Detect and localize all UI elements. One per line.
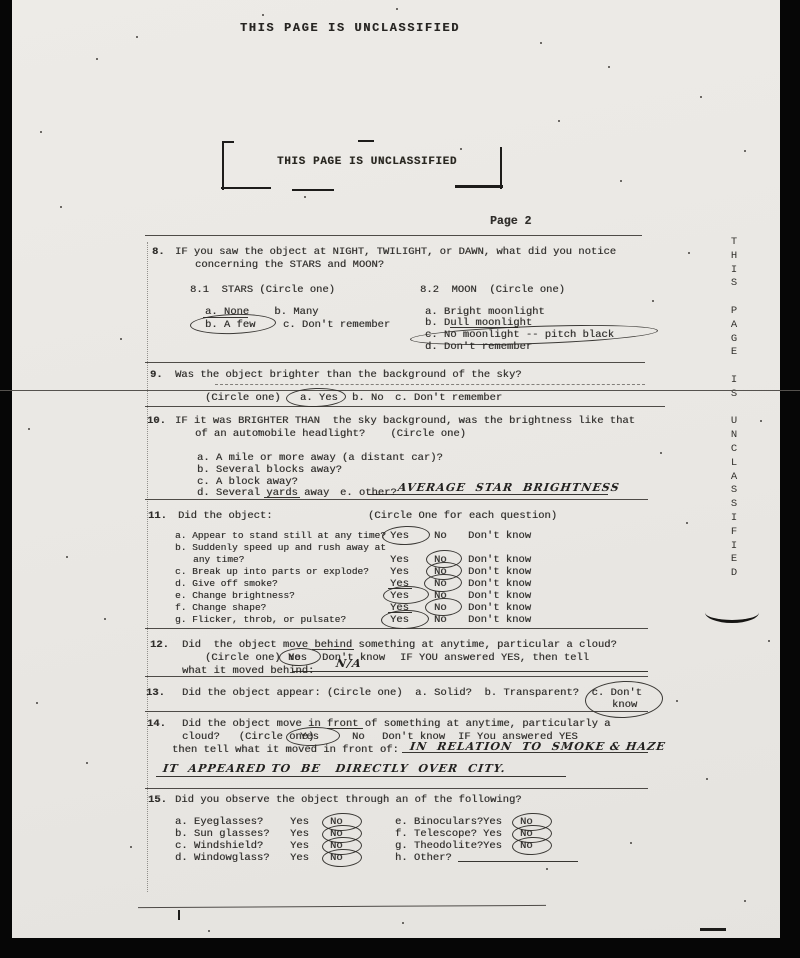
unclassified-stamp-text: THIS PAGE IS UNCLASSIFIED	[277, 156, 457, 168]
circle-annotation-q8-stars	[190, 313, 277, 336]
q11-row-b-yes: Yes	[390, 554, 409, 566]
underline-q12-answer	[293, 671, 648, 672]
stamp-bracket-bottom-left	[221, 187, 271, 189]
circle-annotation-q9-yes	[286, 387, 347, 408]
q8-stars-row2-rest: c. Don't remember	[283, 319, 390, 331]
divider-q8-q9	[145, 362, 645, 363]
divider-q11-q12	[145, 628, 648, 629]
margin-vertical-unclassified-text: T H I S P A G E I S U N C L A S S I F I …	[727, 236, 741, 581]
q12-line1: Did the object move behind something at …	[182, 639, 617, 651]
q12-number: 12.	[150, 639, 169, 651]
circle-annotation-q15-d	[322, 848, 363, 867]
q15-row-h-label: h. Other?	[395, 852, 452, 864]
q15-row-c-label: c. Windshield?	[175, 840, 263, 852]
q11-row-b-dont-know: Don't know	[454, 554, 531, 566]
scan-edge-bottom	[0, 938, 800, 958]
q13-number: 13.	[146, 687, 165, 699]
scan-edge-right	[780, 0, 800, 958]
q15-row-b-yes: Yes	[290, 828, 309, 840]
margin-bracket-curve	[705, 602, 759, 623]
q10-option-a: a. A mile or more away (a distant car)?	[197, 452, 443, 464]
page-number: Page 2	[490, 216, 531, 228]
divider-q9-box-top	[215, 384, 645, 385]
scanned-document-page: THIS PAGE IS UNCLASSIFIED THIS PAGE IS U…	[0, 0, 800, 958]
q11-row-b-label2: any time?	[193, 554, 244, 566]
q12-line2-rest: IF YOU answered YES, then tell	[400, 652, 589, 664]
q9-circle-one-label: (Circle one)	[205, 392, 281, 404]
q11-row-c-dont-know: Don't know	[454, 566, 531, 578]
stamp-bracket-left	[222, 142, 224, 190]
circle-annotation-q15-g	[512, 836, 553, 855]
q11-number: 11.	[148, 510, 167, 522]
q11-text: Did the object:	[178, 510, 273, 522]
underline-q15-other	[458, 861, 578, 862]
unclassified-header-top: THIS PAGE IS UNCLASSIFIED	[240, 22, 460, 34]
underline-q10-answer	[368, 494, 608, 495]
q15-row-a-yes: Yes	[290, 816, 309, 828]
q14-number: 14.	[147, 718, 166, 730]
underline-q10-yards	[264, 497, 300, 498]
q10-option-b: b. Several blocks away?	[197, 464, 342, 476]
q15-row-e-label: e. Binoculars?	[395, 816, 483, 828]
q11-row-g-dont-know: Don't know	[454, 614, 531, 626]
scan-edge-left	[0, 0, 12, 958]
stamp-bracket-top-dash	[358, 140, 374, 142]
q11-row-b-label: b. Suddenly speed up and rush away at	[175, 542, 386, 554]
q15-row-f-label: f. Telescope?	[395, 828, 477, 840]
q11-row-f-dont-know: Don't know	[454, 602, 531, 614]
q9-number: 9.	[150, 369, 163, 381]
q11-row-e-label: e. Change brightness?	[175, 590, 295, 602]
q15-row-g-yes: Yes	[483, 840, 502, 852]
divider-q12-q13	[145, 676, 648, 677]
scan-tick	[178, 910, 180, 920]
q15-row-c-yes: Yes	[290, 840, 309, 852]
stamp-bracket-dash	[292, 189, 334, 191]
divider-under-page-number	[145, 235, 642, 236]
q11-row-g-label: g. Flicker, throb, or pulsate?	[175, 614, 346, 626]
q11-row-d-label: d. Give off smoke?	[175, 578, 278, 590]
q15-number: 15.	[148, 794, 167, 806]
q10-line1: IF it was BRIGHTER THAN the sky backgrou…	[175, 415, 635, 427]
circle-annotation-q13-dont-know	[584, 680, 663, 720]
stamp-bracket-right	[500, 147, 502, 189]
scan-noise	[0, 0, 2, 2]
q15-text: Did you observe the object through an of…	[175, 794, 522, 806]
q11-instruction: (Circle One for each question)	[368, 510, 557, 522]
divider-q10-q11	[145, 499, 648, 500]
q11-row-f-label: f. Change shape?	[175, 602, 266, 614]
q8-moon-header: 8.2 MOON (Circle one)	[420, 284, 565, 296]
circle-annotation-q11-g	[381, 609, 430, 630]
q11-row-a-label: a. Appear to stand still at any time?	[175, 530, 386, 542]
q11-row-a-no: No	[434, 530, 447, 542]
q9-option-b: b. No	[352, 392, 384, 404]
circle-annotation-q12-no	[279, 647, 322, 666]
q8-number: 8.	[152, 246, 165, 258]
underline-q8-none	[203, 317, 248, 318]
divider-q9-q10	[145, 406, 665, 407]
q10-option-e-label: e. other?	[340, 487, 397, 499]
underline-q14-answer2	[156, 776, 566, 777]
q15-row-e-yes: Yes	[483, 816, 502, 828]
q8-line2: concerning the STARS and MOON?	[195, 259, 384, 271]
bottom-rule	[138, 905, 546, 908]
q15-row-f-yes: Yes	[483, 828, 502, 840]
q11-row-c-yes: Yes	[390, 566, 409, 578]
q15-row-d-yes: Yes	[290, 852, 309, 864]
q9-text: Was the object brighter than the backgro…	[175, 369, 522, 381]
q14-line3: then tell what it moved in front of:	[172, 744, 399, 756]
q12-handwritten-answer: N/A	[335, 657, 363, 670]
q8-stars-header: 8.1 STARS (Circle one)	[190, 284, 335, 296]
q15-row-b-label: b. Sun glasses?	[175, 828, 270, 840]
q13-line1: Did the object appear: (Circle one) a. S…	[182, 687, 642, 699]
q14-handwritten-answer-line2: IT APPEARED TO BE DIRECTLY OVER CITY.	[162, 762, 507, 775]
q11-row-a-dont-know: Don't know	[454, 530, 531, 542]
q15-row-a-label: a. Eyeglasses?	[175, 816, 263, 828]
circle-annotation-q11-a	[382, 525, 431, 546]
fold-line	[0, 390, 800, 391]
q14-line1: Did the object move in front of somethin…	[182, 718, 610, 730]
q10-option-e-handwritten-answer: AVERAGE STAR BRIGHTNESS	[397, 481, 621, 494]
q9-option-c: c. Don't remember	[395, 392, 502, 404]
q15-row-g-label: g. Theodolite?	[395, 840, 483, 852]
q11-row-g-no: No	[434, 614, 447, 626]
q10-number: 10.	[147, 415, 166, 427]
q11-row-e-dont-know: Don't know	[454, 590, 531, 602]
underline-q14-answer1	[402, 752, 648, 753]
q8-line1: IF you saw the object at NIGHT, TWILIGHT…	[175, 246, 616, 258]
stamp-bracket-hook	[222, 141, 234, 143]
underline-q8-moonlight	[450, 327, 518, 328]
q15-row-d-label: d. Windowglass?	[175, 852, 270, 864]
divider-q14-q15	[145, 788, 648, 789]
q10-line2: of an automobile headlight? (Circle one)	[195, 428, 466, 440]
scan-smudge	[700, 928, 726, 931]
q14-no: No	[352, 731, 365, 743]
divider-q13-q14	[145, 711, 648, 712]
q11-row-c-label: c. Break up into parts or explode?	[175, 566, 369, 578]
q11-row-d-dont-know: Don't know	[454, 578, 531, 590]
underline-q12-behind	[312, 649, 354, 650]
stamp-bracket-bottom-right	[455, 185, 503, 188]
